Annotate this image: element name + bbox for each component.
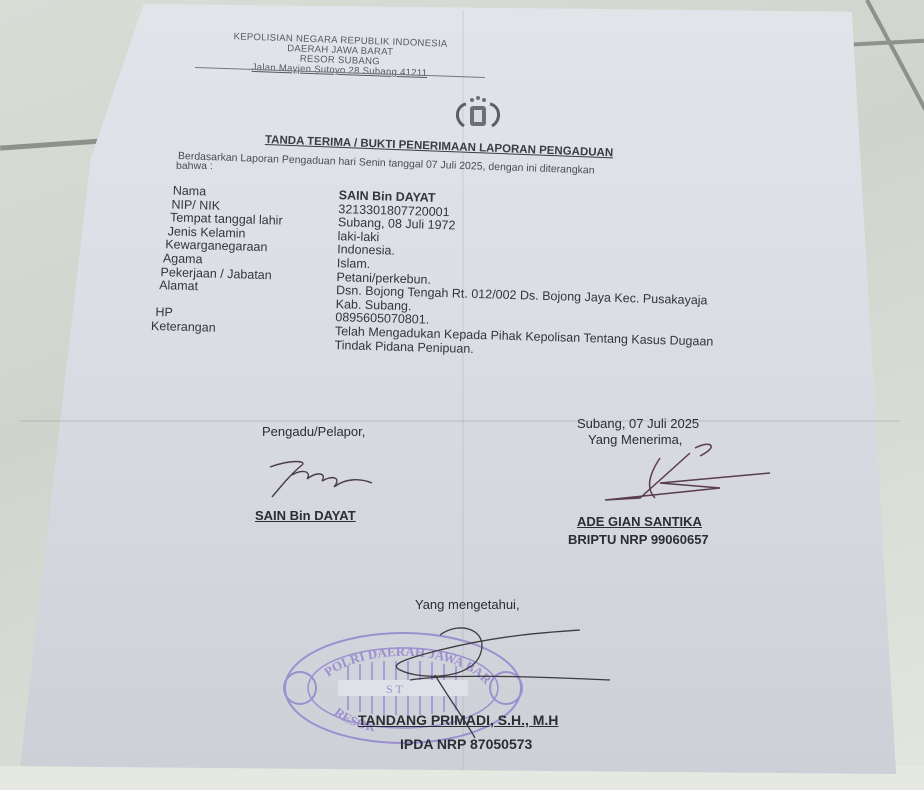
acknowledger-label: Yang mengetahui, [415, 597, 520, 612]
colon [325, 230, 337, 244]
acknowledger-name: TANDANG PRIMADI, S.H., M.H [358, 712, 558, 728]
receiver-signature [600, 438, 780, 508]
complainant-name: SAIN Bin DAYAT [255, 508, 356, 523]
complainant-signature [262, 455, 382, 500]
complainant-label: Pengadu/Pelapor, [262, 424, 365, 439]
colon [327, 189, 339, 203]
colon [323, 311, 335, 325]
receiver-place-date: Subang, 07 Juli 2025 [577, 416, 699, 431]
receiver-rank-nrp: BRIPTU NRP 99060657 [568, 532, 709, 547]
colon [325, 257, 337, 271]
field-label: Keterangan [150, 320, 323, 352]
colon [324, 270, 336, 284]
police-emblem-icon [450, 94, 506, 134]
letterhead: KEPOLISIAN NEGARA REPUBLIK INDONESIA DAE… [189, 31, 490, 81]
colon [322, 325, 335, 353]
receiver-name: ADE GIAN SANTIKA [577, 514, 702, 529]
colon [325, 243, 337, 257]
complainant-fields: Nama SAIN Bin DAYAT NIP/ NIK 32133018077… [150, 184, 834, 366]
colon [324, 284, 337, 312]
acknowledger-rank-nrp: IPDA NRP 87050573 [400, 736, 532, 752]
colon [326, 216, 338, 230]
intro-text-2: bahwa : [176, 160, 213, 172]
document-content: KEPOLISIAN NEGARA REPUBLIK INDONESIA DAE… [0, 0, 924, 790]
colon [326, 202, 338, 216]
